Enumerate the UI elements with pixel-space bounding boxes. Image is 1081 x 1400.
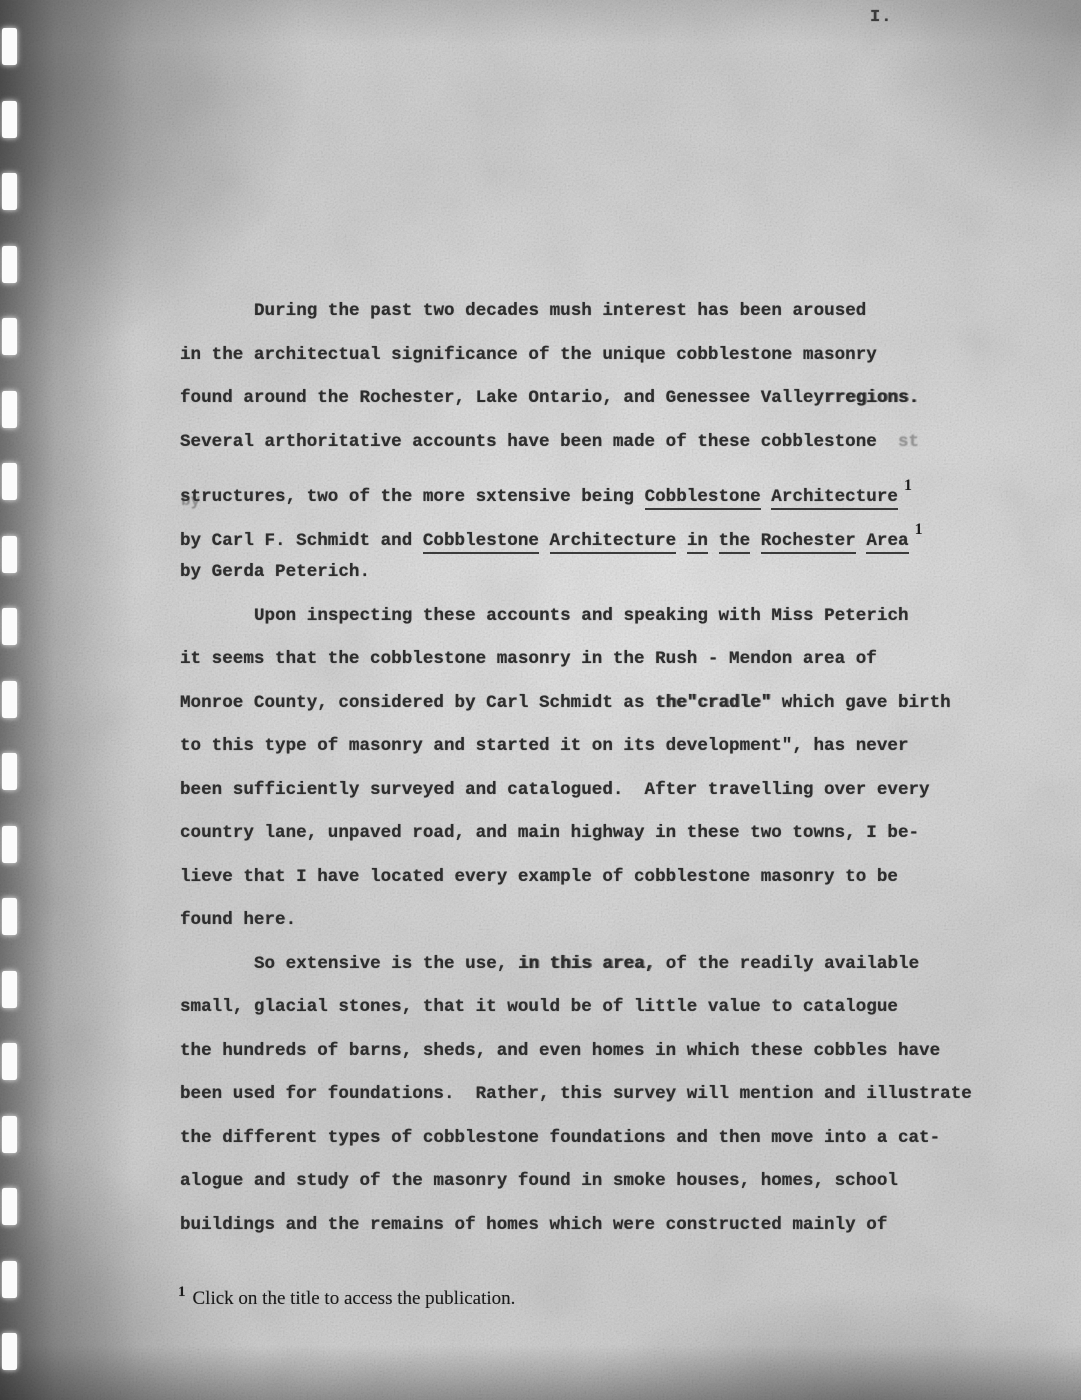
binding-hole [2, 898, 17, 935]
typewriter-ghost-text: by [181, 492, 200, 510]
binding-hole [2, 101, 17, 138]
typewriter-ghost-text: st [877, 432, 919, 452]
underlined-word: Architecture [771, 487, 898, 510]
overstruck-text: the"cradle" [655, 693, 771, 713]
binding-hole [2, 1261, 17, 1298]
overstruck-text: in this area, [518, 954, 655, 974]
text-line: lieve that I have located every example … [180, 856, 1040, 900]
text-line: So extensive is the use, in this area, o… [180, 943, 1040, 987]
page-number: I. [870, 8, 892, 27]
footnote-ref: 1 [904, 477, 912, 494]
text-line: small, glacial stones, that it would be … [180, 986, 1040, 1030]
binding-hole [2, 536, 17, 573]
text-line: to this type of masonry and started it o… [180, 725, 1040, 769]
binding-hole [2, 391, 17, 428]
text-segment: in the architectual significance of the … [180, 345, 877, 365]
text-segment: which gave birth [771, 693, 951, 713]
text-line: structures, two of the more sxtensive be… [180, 464, 1040, 508]
binding-hole [2, 173, 17, 210]
text-segment: the different types of cobblestone found… [180, 1128, 940, 1148]
binding-hole [2, 463, 17, 500]
publication-title-link[interactable]: Cobblestone Architecture [645, 487, 898, 510]
overstruck-text: rregions. [824, 388, 919, 408]
underlined-word: Cobblestone [423, 531, 539, 554]
text-segment: been sufficiently surveyed and catalogue… [180, 780, 930, 800]
text-line: it seems that the cobblestone masonry in… [180, 638, 1040, 682]
text-segment: it seems that the cobblestone masonry in… [180, 649, 877, 669]
footnote: 1Click on the title to access the public… [178, 1284, 515, 1310]
text-segment: Monroe County, considered by Carl Schmid… [180, 693, 655, 713]
binding-hole [2, 246, 17, 283]
underlined-word: the [719, 531, 751, 554]
text-line: Several arthoritative accounts have been… [180, 421, 1040, 465]
text-segment: buildings and the remains of homes which… [180, 1215, 887, 1235]
text-line: been sufficiently surveyed and catalogue… [180, 769, 1040, 813]
text-segment: of the readily available [655, 954, 919, 974]
footnote-ref: 1 [915, 521, 923, 538]
footnote-text: Click on the title to access the publica… [193, 1288, 516, 1309]
binding-hole [2, 318, 17, 355]
typewritten-text: During the past two decades mush interes… [180, 290, 1040, 1247]
text-segment: small, glacial stones, that it would be … [180, 997, 898, 1017]
binding-hole [2, 608, 17, 645]
text-segment: Several arthoritative accounts have been… [180, 432, 877, 452]
text-line: Upon inspecting these accounts and speak… [180, 595, 1040, 639]
binding-hole [2, 1116, 17, 1153]
underlined-word: Architecture [550, 531, 677, 554]
binding-hole [2, 28, 17, 65]
publication-title-link[interactable]: Cobblestone Architecture in the Rocheste… [423, 531, 909, 554]
text-segment: found around the Rochester, Lake Ontario… [180, 388, 824, 408]
binding-hole [2, 1043, 17, 1080]
scanned-page: I. During the past two decades mush inte… [0, 0, 1081, 1400]
text-segment: been used for foundations. Rather, this … [180, 1084, 972, 1104]
text-line: found here. [180, 899, 1040, 943]
binding-hole [2, 1333, 17, 1370]
underlined-word: Rochester [761, 531, 856, 554]
text-segment: lieve that I have located every example … [180, 867, 898, 887]
text-segment: alogue and study of the masonry found in… [180, 1171, 898, 1191]
binding-hole [2, 971, 17, 1008]
text-segment: to this type of masonry and started it o… [180, 736, 909, 756]
text-line: by Gerda Peterich. [180, 551, 1040, 595]
text-segment: by Carl F. Schmidt and [180, 531, 423, 551]
underlined-word: Area [866, 531, 908, 554]
underlined-word: Cobblestone [645, 487, 761, 510]
text-line: by Carl F. Schmidt and Cobblestone Archi… [180, 508, 1040, 552]
text-line: Monroe County, considered by Carl Schmid… [180, 682, 1040, 726]
text-line: country lane, unpaved road, and main hig… [180, 812, 1040, 856]
text-segment: Upon inspecting these accounts and speak… [254, 606, 909, 626]
text-line: found around the Rochester, Lake Ontario… [180, 377, 1040, 421]
text-segment: by Gerda Peterich. [180, 562, 370, 582]
underlined-word: in [687, 531, 708, 554]
text-line: alogue and study of the masonry found in… [180, 1160, 1040, 1204]
text-segment: So extensive is the use, [254, 954, 518, 974]
text-line: During the past two decades mush interes… [180, 290, 1040, 334]
text-line: in the architectual significance of the … [180, 334, 1040, 378]
text-line: the different types of cobblestone found… [180, 1117, 1040, 1161]
text-segment: found here. [180, 910, 296, 930]
text-segment: During the past two decades mush interes… [254, 301, 866, 321]
text-line: buildings and the remains of homes which… [180, 1204, 1040, 1248]
footnote-marker: 1 [178, 1284, 186, 1300]
binding-hole [2, 1188, 17, 1225]
text-segment: structures, two of the more sxtensive be… [180, 487, 645, 507]
binding-hole [2, 753, 17, 790]
text-segment: the hundreds of barns, sheds, and even h… [180, 1041, 940, 1061]
binding-hole [2, 826, 17, 863]
text-line: the hundreds of barns, sheds, and even h… [180, 1030, 1040, 1074]
text-line: been used for foundations. Rather, this … [180, 1073, 1040, 1117]
text-segment: country lane, unpaved road, and main hig… [180, 823, 919, 843]
binding-hole [2, 681, 17, 718]
